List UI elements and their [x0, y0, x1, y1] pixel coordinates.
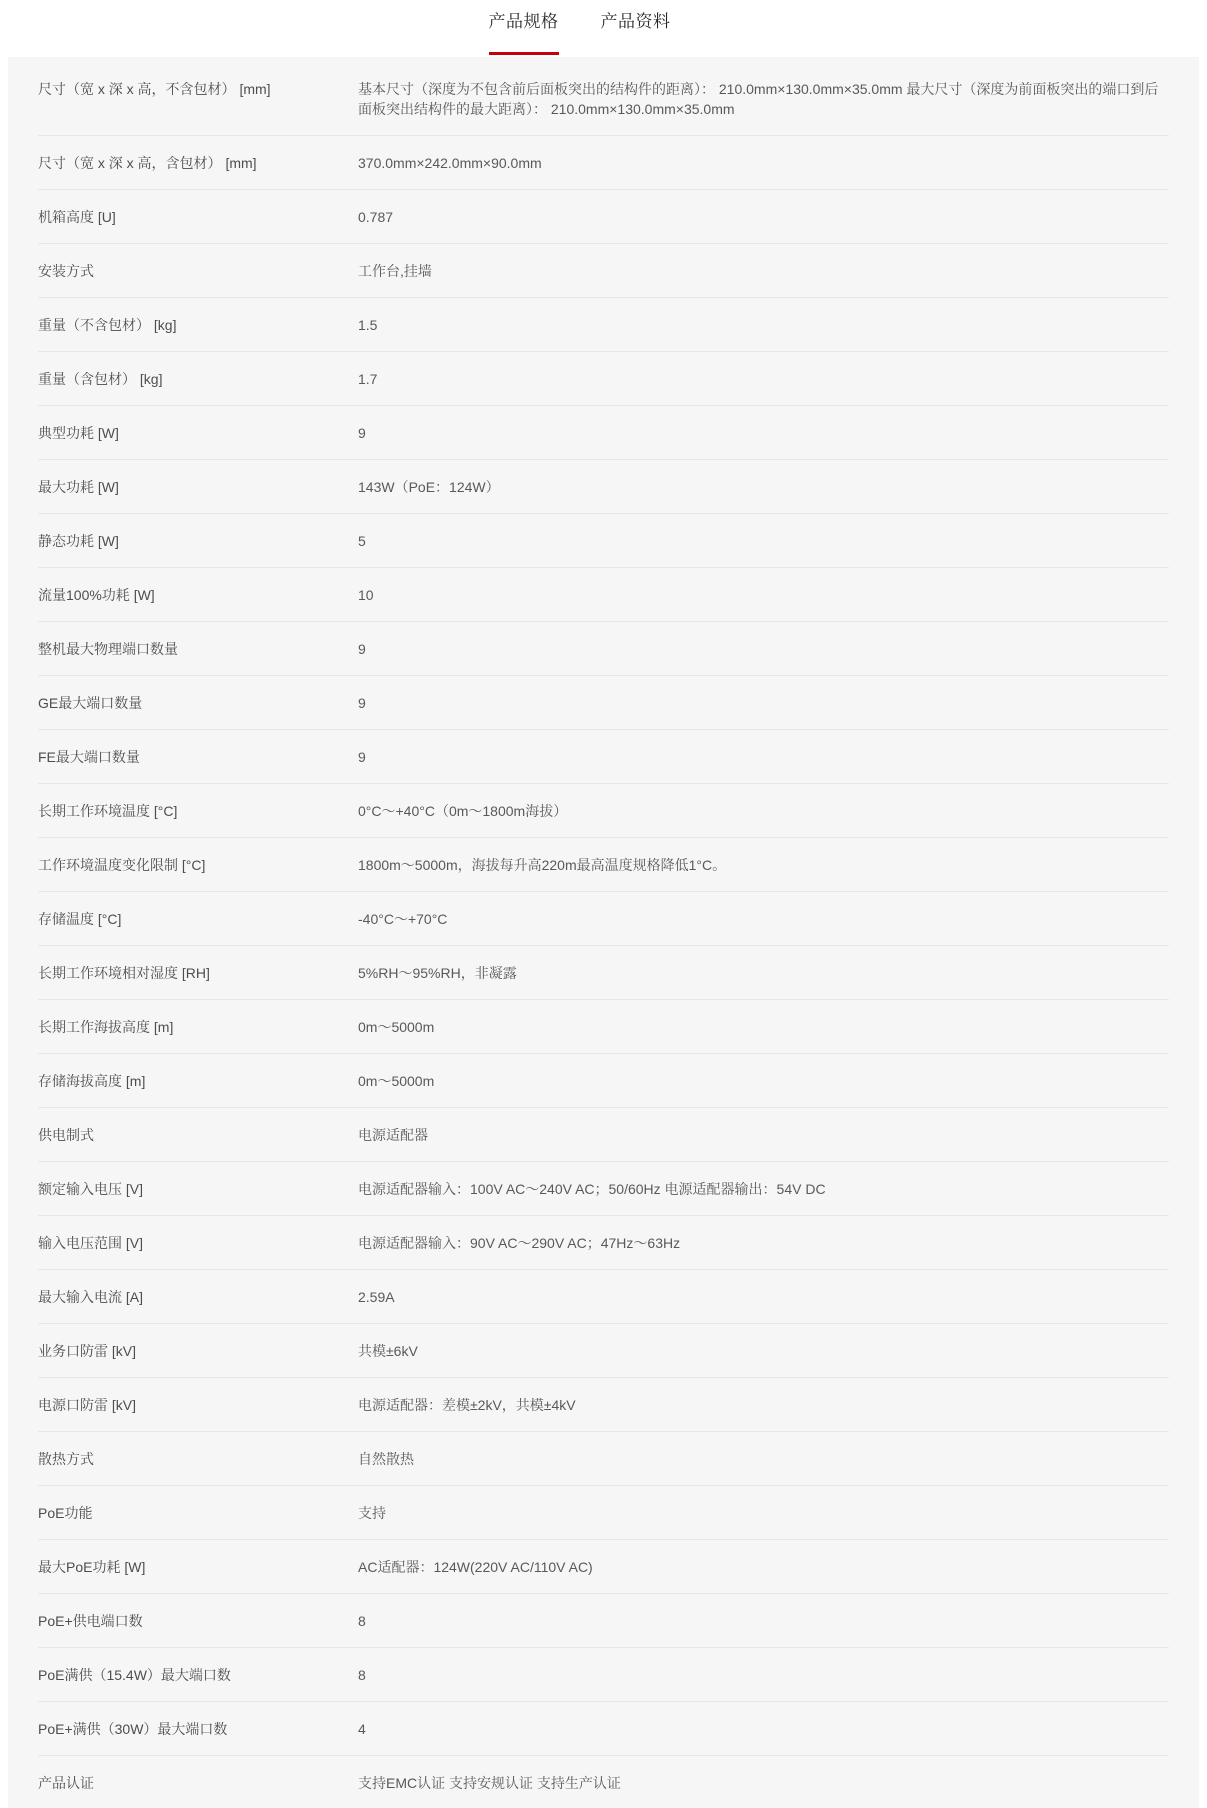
table-row: 工作环境温度变化限制 [°C] 1800m～5000m，海拔每升高220m最高温…: [38, 838, 1169, 892]
spec-label: 存储温度 [°C]: [38, 909, 358, 929]
spec-value: 0m～5000m: [358, 1017, 1169, 1037]
spec-value: 电源适配器输入：90V AC～290V AC；47Hz～63Hz: [358, 1233, 1169, 1253]
spec-value: 电源适配器：差模±2kV，共模±4kV: [358, 1395, 1169, 1415]
table-row: GE最大端口数量 9: [38, 676, 1169, 730]
tab-group: 产品规格 产品资料: [489, 0, 671, 57]
spec-label: 工作环境温度变化限制 [°C]: [38, 855, 358, 875]
table-row: 长期工作环境温度 [°C] 0°C～+40°C（0m～1800m海拔）: [38, 784, 1169, 838]
spec-value: 支持: [358, 1503, 1169, 1523]
table-row: 最大功耗 [W] 143W（PoE：124W）: [38, 460, 1169, 514]
spec-label: 重量（不含包材） [kg]: [38, 315, 358, 335]
table-row: PoE+满供（30W）最大端口数 4: [38, 1702, 1169, 1756]
spec-value: 1.7: [358, 369, 1169, 389]
table-row: 存储温度 [°C] -40°C～+70°C: [38, 892, 1169, 946]
spec-value: 5: [358, 531, 1169, 551]
table-row: 流量100%功耗 [W] 10: [38, 568, 1169, 622]
table-row: 重量（不含包材） [kg] 1.5: [38, 298, 1169, 352]
spec-label: FE最大端口数量: [38, 747, 358, 767]
table-row: 重量（含包材） [kg] 1.7: [38, 352, 1169, 406]
spec-value: 143W（PoE：124W）: [358, 477, 1169, 497]
table-row: 产品认证 支持EMC认证 支持安规认证 支持生产认证: [38, 1756, 1169, 1808]
table-row: 最大PoE功耗 [W] AC适配器：124W(220V AC/110V AC): [38, 1540, 1169, 1594]
spec-label: 静态功耗 [W]: [38, 531, 358, 551]
spec-label: 长期工作海拔高度 [m]: [38, 1017, 358, 1037]
spec-value: 9: [358, 639, 1169, 659]
spec-label: 整机最大物理端口数量: [38, 639, 358, 659]
spec-value: 电源适配器: [358, 1125, 1169, 1145]
spec-value: 1800m～5000m，海拔每升高220m最高温度规格降低1°C。: [358, 855, 1169, 875]
table-row: 最大输入电流 [A] 2.59A: [38, 1270, 1169, 1324]
spec-label: 产品认证: [38, 1773, 358, 1793]
spec-value: 9: [358, 423, 1169, 443]
table-row: 供电制式 电源适配器: [38, 1108, 1169, 1162]
table-row: 尺寸（宽 x 深 x 高，不含包材） [mm] 基本尺寸（深度为不包含前后面板突…: [38, 62, 1169, 136]
spec-label: PoE+供电端口数: [38, 1611, 358, 1631]
spec-value: 8: [358, 1665, 1169, 1685]
spec-value: 1.5: [358, 315, 1169, 335]
table-row: 典型功耗 [W] 9: [38, 406, 1169, 460]
spec-label: 机箱高度 [U]: [38, 207, 358, 227]
table-row: 安装方式 工作台,挂墙: [38, 244, 1169, 298]
table-row: 长期工作海拔高度 [m] 0m～5000m: [38, 1000, 1169, 1054]
spec-label: 尺寸（宽 x 深 x 高，含包材） [mm]: [38, 153, 358, 173]
spec-value: 电源适配器输入：100V AC～240V AC；50/60Hz 电源适配器输出：…: [358, 1179, 1169, 1199]
spec-value: 8: [358, 1611, 1169, 1631]
table-row: PoE功能 支持: [38, 1486, 1169, 1540]
table-row: PoE满供（15.4W）最大端口数 8: [38, 1648, 1169, 1702]
spec-value: 0m～5000m: [358, 1071, 1169, 1091]
table-row: 静态功耗 [W] 5: [38, 514, 1169, 568]
spec-label: 电源口防雷 [kV]: [38, 1395, 358, 1415]
spec-value: 370.0mm×242.0mm×90.0mm: [358, 153, 1169, 173]
tab-product-docs-label: 产品资料: [601, 12, 671, 31]
table-row: 额定输入电压 [V] 电源适配器输入：100V AC～240V AC；50/60…: [38, 1162, 1169, 1216]
tab-product-docs[interactable]: 产品资料: [601, 0, 671, 57]
spec-label: 流量100%功耗 [W]: [38, 585, 358, 605]
table-row: 整机最大物理端口数量 9: [38, 622, 1169, 676]
tab-product-specs[interactable]: 产品规格: [489, 0, 559, 57]
spec-value: 工作台,挂墙: [358, 261, 1169, 281]
spec-label: 散热方式: [38, 1449, 358, 1469]
table-row: 存储海拔高度 [m] 0m～5000m: [38, 1054, 1169, 1108]
spec-value: 4: [358, 1719, 1169, 1739]
spec-label: GE最大端口数量: [38, 693, 358, 713]
spec-value: 自然散热: [358, 1449, 1169, 1469]
table-row: 输入电压范围 [V] 电源适配器输入：90V AC～290V AC；47Hz～6…: [38, 1216, 1169, 1270]
spec-value: AC适配器：124W(220V AC/110V AC): [358, 1557, 1169, 1577]
spec-label: PoE满供（15.4W）最大端口数: [38, 1665, 358, 1685]
table-row: 机箱高度 [U] 0.787: [38, 190, 1169, 244]
spec-label: 最大功耗 [W]: [38, 477, 358, 497]
spec-label: PoE+满供（30W）最大端口数: [38, 1719, 358, 1739]
spec-label: 长期工作环境温度 [°C]: [38, 801, 358, 821]
spec-label: 安装方式: [38, 261, 358, 281]
spec-value: -40°C～+70°C: [358, 909, 1169, 929]
tab-product-specs-label: 产品规格: [489, 12, 559, 31]
spec-label: 业务口防雷 [kV]: [38, 1341, 358, 1361]
spec-label: 最大输入电流 [A]: [38, 1287, 358, 1307]
active-tab-indicator: [489, 52, 559, 55]
table-row: PoE+供电端口数 8: [38, 1594, 1169, 1648]
table-row: 尺寸（宽 x 深 x 高，含包材） [mm] 370.0mm×242.0mm×9…: [38, 136, 1169, 190]
spec-value: 0.787: [358, 207, 1169, 227]
spec-label: 存储海拔高度 [m]: [38, 1071, 358, 1091]
spec-label: 最大PoE功耗 [W]: [38, 1557, 358, 1577]
spec-label: 额定输入电压 [V]: [38, 1179, 358, 1199]
spec-label: PoE功能: [38, 1503, 358, 1523]
spec-value: 9: [358, 747, 1169, 767]
spec-value: 支持EMC认证 支持安规认证 支持生产认证: [358, 1773, 1169, 1793]
spec-label: 供电制式: [38, 1125, 358, 1145]
table-row: FE最大端口数量 9: [38, 730, 1169, 784]
spec-value: 5%RH～95%RH，非凝露: [358, 963, 1169, 983]
spec-table: 尺寸（宽 x 深 x 高，不含包材） [mm] 基本尺寸（深度为不包含前后面板突…: [8, 57, 1199, 1808]
spec-label: 典型功耗 [W]: [38, 423, 358, 443]
spec-label: 重量（含包材） [kg]: [38, 369, 358, 389]
spec-rows: 尺寸（宽 x 深 x 高，不含包材） [mm] 基本尺寸（深度为不包含前后面板突…: [38, 62, 1169, 1808]
spec-value: 9: [358, 693, 1169, 713]
table-row: 长期工作环境相对湿度 [RH] 5%RH～95%RH，非凝露: [38, 946, 1169, 1000]
table-row: 电源口防雷 [kV] 电源适配器：差模±2kV，共模±4kV: [38, 1378, 1169, 1432]
spec-label: 长期工作环境相对湿度 [RH]: [38, 963, 358, 983]
spec-value: 共模±6kV: [358, 1341, 1169, 1361]
spec-label: 输入电压范围 [V]: [38, 1233, 358, 1253]
tab-bar: 产品规格 产品资料: [0, 0, 1207, 57]
spec-value: 10: [358, 585, 1169, 605]
spec-label: 尺寸（宽 x 深 x 高，不含包材） [mm]: [38, 79, 358, 99]
table-row: 业务口防雷 [kV] 共模±6kV: [38, 1324, 1169, 1378]
table-row: 散热方式 自然散热: [38, 1432, 1169, 1486]
spec-value: 2.59A: [358, 1287, 1169, 1307]
spec-value: 0°C～+40°C（0m～1800m海拔）: [358, 801, 1169, 821]
spec-value: 基本尺寸（深度为不包含前后面板突出的结构件的距离）： 210.0mm×130.0…: [358, 79, 1169, 119]
